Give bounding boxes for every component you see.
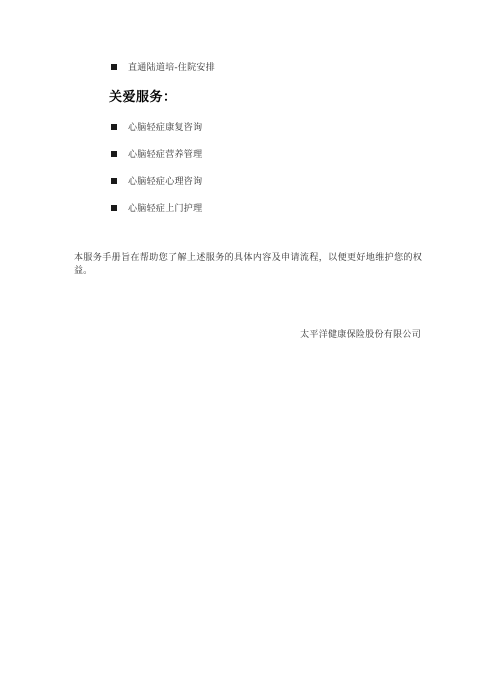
company-signature: 太平洋健康保险股份有限公司: [300, 328, 421, 340]
list-item: 心脑轻症上门护理: [111, 202, 202, 214]
list-item: 心脑轻症康复咨询: [111, 121, 202, 133]
bullet-square-icon: [111, 151, 117, 157]
note-paragraph: 本服务手册旨在帮助您了解上述服务的具体内容及申请流程，以便更好地维护您的权益。: [74, 251, 422, 277]
list-item-label: 直通陆道培-住院安排: [128, 61, 215, 73]
bullet-square-icon: [111, 178, 117, 184]
list-item: 心脑轻症营养管理: [111, 148, 202, 160]
bullet-square-icon: [111, 205, 117, 211]
list-item: 心脑轻症心理咨询: [111, 175, 202, 187]
document-page: 直通陆道培-住院安排 关爱服务： 心脑轻症康复咨询 心脑轻症营养管理 心脑轻症心…: [0, 0, 495, 700]
bullet-square-icon: [111, 124, 117, 130]
list-item-label: 心脑轻症康复咨询: [128, 121, 202, 133]
list-item: 直通陆道培-住院安排: [111, 61, 215, 73]
section-heading: 关爱服务：: [109, 89, 177, 105]
service-list: 心脑轻症康复咨询 心脑轻症营养管理 心脑轻症心理咨询 心脑轻症上门护理: [111, 121, 202, 229]
bullet-square-icon: [111, 64, 117, 70]
list-item-label: 心脑轻症营养管理: [128, 148, 202, 160]
list-item-label: 心脑轻症上门护理: [128, 202, 202, 214]
list-item-label: 心脑轻症心理咨询: [128, 175, 202, 187]
